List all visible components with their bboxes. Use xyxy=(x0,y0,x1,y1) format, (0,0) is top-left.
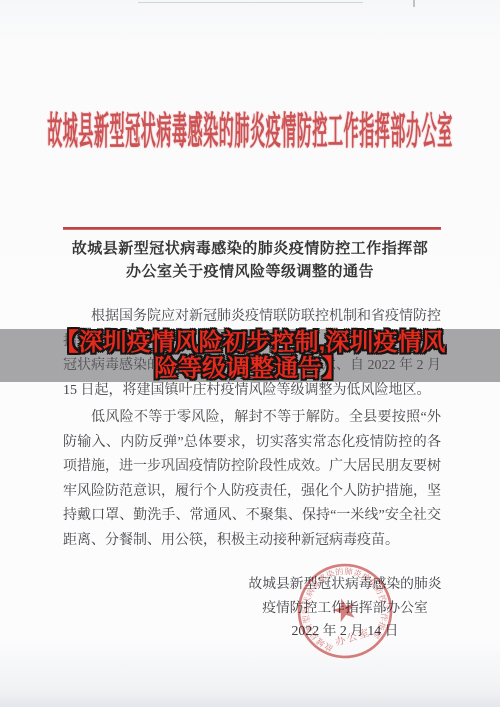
red-divider-rule xyxy=(63,227,441,230)
document-title: 故城县新型冠状病毒感染的肺炎疫情防控工作指挥部 办公室关于疫情风险等级调整的通告 xyxy=(0,238,500,284)
star-icon: ★ xyxy=(327,590,363,631)
seal-graphic: 故城县新型冠状病毒感染的肺炎疫情防控工作指挥部 ★ 办公室 xyxy=(284,550,406,672)
letterhead-banner: 故城县新型冠状病毒感染的肺炎疫情防控工作指挥部办公室 xyxy=(0,103,500,157)
caption-line2: 险等级调整通告】 xyxy=(154,356,346,382)
document-title-line2: 办公室关于疫情风险等级调整的通告 xyxy=(0,261,500,284)
caption-overlay-band: 【深圳疫情风险初步控制,深圳疫情风 险等级调整通告】 xyxy=(0,329,500,382)
photo-bottom-shadow xyxy=(0,696,500,707)
document-photo: 故城县新型冠状病毒感染的肺炎疫情防控工作指挥部办公室 故城县新型冠状病毒感染的肺… xyxy=(0,0,500,707)
paragraph1-line1: 根据国务院应对新冠肺炎疫情联防联控机制和省疫情防控 xyxy=(63,305,441,330)
photo-edge-mark xyxy=(413,0,415,7)
document-title-line1: 故城县新型冠状病毒感染的肺炎疫情防控工作指挥部 xyxy=(0,238,500,261)
paragraph1-line4: 15 日起，将建国镇叶庄村疫情风险等级调整为低风险地区。 xyxy=(63,379,441,404)
official-seal: 故城县新型冠状病毒感染的肺炎疫情防控工作指挥部 ★ 办公室 xyxy=(284,550,406,672)
caption-line1: 【深圳疫情风险初步控制,深圳疫情风 xyxy=(55,330,446,356)
paragraph2: 低风险不等于零风险，解封不等于解防。全县要按照“外防输入、内防反弹”总体要求，切… xyxy=(63,406,441,553)
photo-scan-line xyxy=(138,2,363,3)
